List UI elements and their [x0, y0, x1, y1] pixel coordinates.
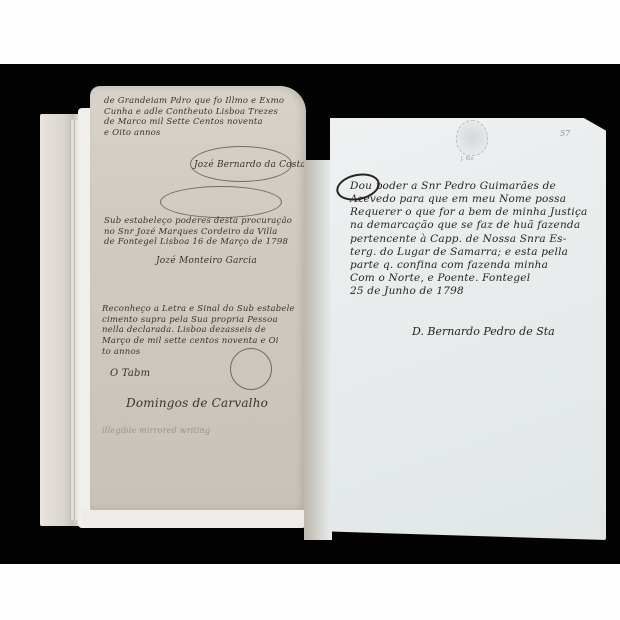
- text-line: to annos: [102, 347, 302, 358]
- text-line: parte q. confina com fazenda minha: [350, 259, 590, 272]
- left-page-bottom-margin: [82, 510, 306, 528]
- signature-flourish: [160, 186, 282, 218]
- left-lower-text: Reconheço a Letra e Sinal do Sub estabel…: [102, 304, 302, 357]
- text-line: Cunha e adle Contheuto Lisboa Trezes: [104, 107, 294, 118]
- right-body-text: Dou poder a Snr Pedro Guimarães de Azeve…: [350, 180, 590, 298]
- watermark-stamp-icon: [456, 120, 488, 156]
- text-line: Requerer o que for a bem de minha Justiç…: [350, 206, 590, 219]
- signature-3: Domingos de Carvalho: [126, 396, 268, 411]
- text-line: Março de mil sette centos noventa e Oi: [102, 336, 302, 347]
- stamp-caption: J. Rio: [461, 156, 474, 162]
- left-top-text: de Grandeiam Pdro que fo Illmo e Exmo Cu…: [104, 96, 294, 139]
- text-line: na demarcação que se faz de huã fazenda: [350, 219, 590, 232]
- text-line: de Fontegel Lisboa 16 de Março de 1798: [104, 237, 304, 248]
- text-line: Azevedo para que em meu Nome possa: [350, 193, 590, 206]
- signature-2: Jozé Monteiro Garcia: [156, 256, 257, 267]
- text-line: pertencente à Capp. de Nossa Snra Es-: [350, 233, 590, 246]
- signature-1: Jozé Bernardo da Costa: [194, 160, 306, 171]
- text-line: Dou poder a Snr Pedro Guimarães de: [350, 180, 590, 193]
- text-line: nella declarada. Lisboa dezasseis de: [102, 325, 302, 336]
- text-line: Reconheço a Letra e Sinal do Sub estabel…: [102, 304, 302, 315]
- text-line: de Grandeiam Pdro que fo Illmo e Exmo: [104, 96, 294, 107]
- text-line: terg. do Lugar de Samarra; e esta pella: [350, 246, 590, 259]
- left-page: de Grandeiam Pdro que fo Illmo e Exmo Cu…: [90, 86, 306, 510]
- signature-flourish: [230, 348, 272, 390]
- text-line: de Marco mil Sette Centos noventa: [104, 117, 294, 128]
- text-line: e Oito annos: [104, 128, 294, 139]
- bleed-through-text: illegible mirrored writing: [102, 426, 292, 436]
- text-line: Com o Norte, e Poente. Fontegel: [350, 272, 590, 285]
- text-line: no Snr Jozé Marques Cordeiro da Villa: [104, 227, 304, 238]
- text-line: Sub estabeleço poderes desta procuração: [104, 216, 304, 227]
- left-middle-text: Sub estabeleço poderes desta procuração …: [104, 216, 304, 248]
- notary-mark: O Tabm: [110, 368, 150, 381]
- page-number: 57: [560, 129, 570, 138]
- text-line: cimento supra pela Sua propria Pessoa: [102, 315, 302, 326]
- right-signature: D. Bernardo Pedro de Sta: [412, 325, 555, 338]
- book-gutter: [304, 160, 332, 540]
- text-line: 25 de Junho de 1798: [350, 285, 590, 298]
